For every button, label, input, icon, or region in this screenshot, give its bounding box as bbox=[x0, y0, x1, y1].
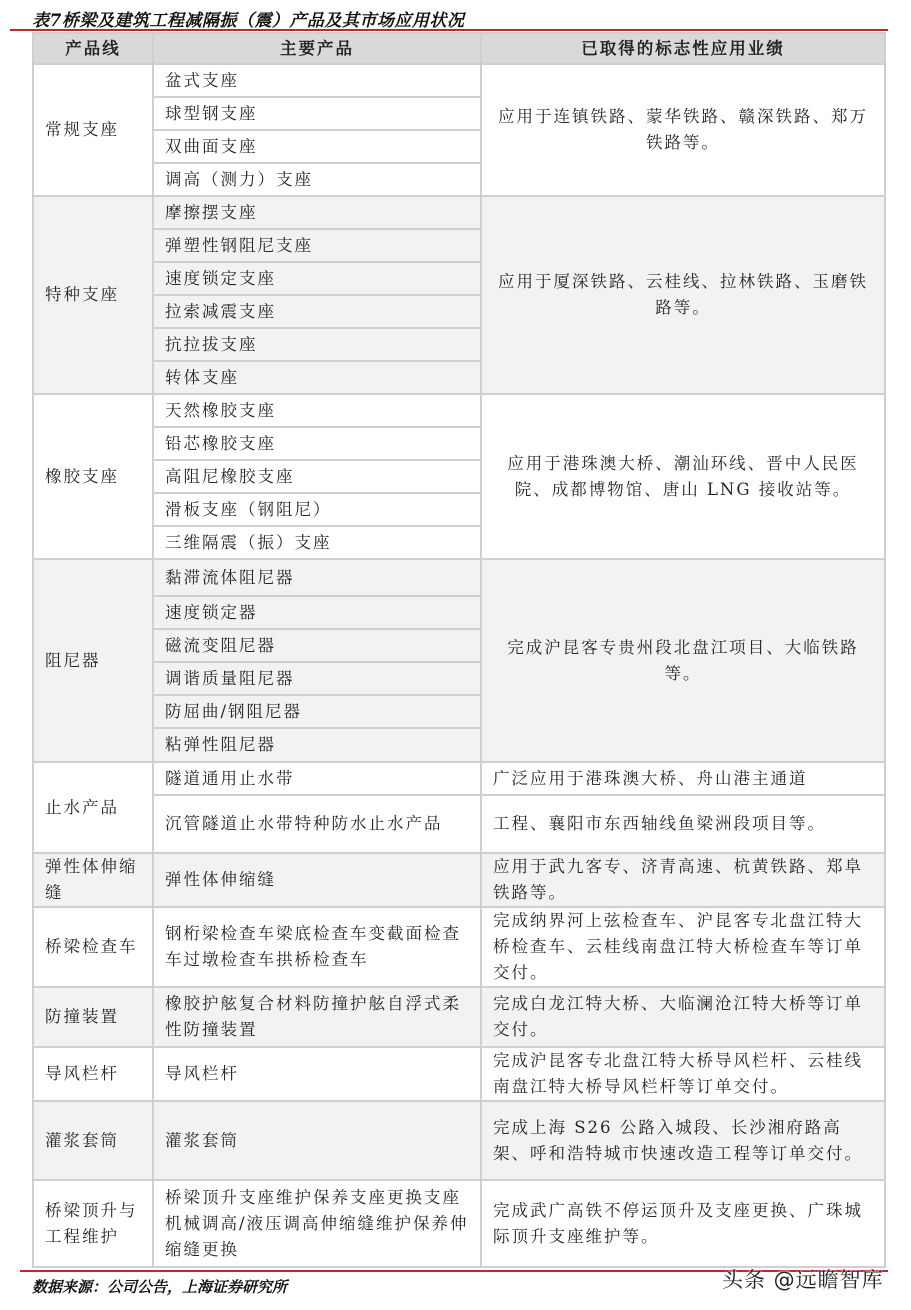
product-line-cell: 桥梁检查车 bbox=[33, 907, 153, 987]
product-cell: 橡胶护舷复合材料防撞护舷自浮式柔性防撞装置 bbox=[153, 987, 481, 1047]
product-cell: 桥梁顶升支座维护保养支座更换支座机械调高/液压调高伸缩缝维护保养伸缩缝更换 bbox=[153, 1180, 481, 1267]
title-divider bbox=[10, 29, 888, 31]
table-title: 表7桥梁及建筑工程减隔振（震）产品及其市场应用状况 bbox=[32, 6, 464, 31]
product-line-cell: 防撞装置 bbox=[33, 987, 153, 1047]
product-cell: 双曲面支座 bbox=[153, 130, 481, 163]
product-cell: 弹性体伸缩缝 bbox=[153, 853, 481, 907]
achievement-cell: 完成沪昆客专贵州段北盘江项目、大临铁路等。 bbox=[481, 559, 885, 762]
product-cell: 盆式支座 bbox=[153, 64, 481, 97]
table-row: 止水产品 隧道通用止水带 广泛应用于港珠澳大桥、舟山港主通道 bbox=[33, 762, 885, 795]
table-row: 阻尼器 黏滞流体阻尼器 完成沪昆客专贵州段北盘江项目、大临铁路等。 bbox=[33, 559, 885, 596]
achievement-cell: 应用于连镇铁路、蒙华铁路、赣深铁路、郑万铁路等。 bbox=[481, 64, 885, 196]
table-row: 导风栏杆 导风栏杆 完成沪昆客专北盘江特大桥导风栏杆、云桂线南盘江特大桥导风栏杆… bbox=[33, 1047, 885, 1101]
column-header-achievements: 已取得的标志性应用业绩 bbox=[481, 33, 885, 64]
product-cell: 粘弹性阻尼器 bbox=[153, 728, 481, 762]
achievement-cell: 完成沪昆客专北盘江特大桥导风栏杆、云桂线南盘江特大桥导风栏杆等订单交付。 bbox=[481, 1047, 885, 1101]
product-line-cell: 桥梁顶升与工程维护 bbox=[33, 1180, 153, 1267]
table-row: 沉管隧道止水带特种防水止水产品 工程、襄阳市东西轴线鱼梁洲段项目等。 bbox=[33, 795, 885, 853]
table-row: 灌浆套筒 灌浆套筒 完成上海 S26 公路入城段、长沙湘府路高架、呼和浩特城市快… bbox=[33, 1101, 885, 1180]
product-cell: 速度锁定器 bbox=[153, 596, 481, 629]
product-cell: 调高（测力）支座 bbox=[153, 163, 481, 196]
table-header-row: 产品线 主要产品 已取得的标志性应用业绩 bbox=[33, 33, 885, 64]
product-line-cell: 弹性体伸缩缝 bbox=[33, 853, 153, 907]
product-cell: 摩擦摆支座 bbox=[153, 196, 481, 229]
achievement-cell: 应用于厦深铁路、云桂线、拉林铁路、玉磨铁路等。 bbox=[481, 196, 885, 394]
product-cell: 三维隔震（振）支座 bbox=[153, 526, 481, 559]
product-cell: 弹塑性钢阻尼支座 bbox=[153, 229, 481, 262]
table-row: 桥梁顶升与工程维护 桥梁顶升支座维护保养支座更换支座机械调高/液压调高伸缩缝维护… bbox=[33, 1180, 885, 1267]
product-cell: 隧道通用止水带 bbox=[153, 762, 481, 795]
product-line-cell: 止水产品 bbox=[33, 762, 153, 853]
achievement-cell: 完成纳界河上弦检查车、沪昆客专北盘江特大桥检查车、云桂线南盘江特大桥检查车等订单… bbox=[481, 907, 885, 987]
column-header-main-products: 主要产品 bbox=[153, 33, 481, 64]
achievement-cell: 广泛应用于港珠澳大桥、舟山港主通道 bbox=[481, 762, 885, 795]
product-cell: 高阻尼橡胶支座 bbox=[153, 460, 481, 493]
achievement-cell: 完成白龙江特大桥、大临澜沧江特大桥等订单交付。 bbox=[481, 987, 885, 1047]
product-cell: 磁流变阻尼器 bbox=[153, 629, 481, 662]
product-cell: 拉索减震支座 bbox=[153, 295, 481, 328]
product-line-cell: 灌浆套筒 bbox=[33, 1101, 153, 1180]
product-cell: 天然橡胶支座 bbox=[153, 394, 481, 427]
product-cell: 防屈曲/钢阻尼器 bbox=[153, 695, 481, 728]
product-cell: 灌浆套筒 bbox=[153, 1101, 481, 1180]
product-cell: 沉管隧道止水带特种防水止水产品 bbox=[153, 795, 481, 853]
product-cell: 速度锁定支座 bbox=[153, 262, 481, 295]
table-row: 特种支座 摩擦摆支座 应用于厦深铁路、云桂线、拉林铁路、玉磨铁路等。 bbox=[33, 196, 885, 229]
watermark: 头条 @远瞻智库 bbox=[722, 1264, 884, 1294]
data-source-note: 数据来源：公司公告，上海证券研究所 bbox=[32, 1276, 287, 1297]
product-cell: 滑板支座（钢阻尼） bbox=[153, 493, 481, 526]
product-line-cell: 阻尼器 bbox=[33, 559, 153, 762]
table-row: 桥梁检查车 钢桁梁检查车梁底检查车变截面检查车过墩检查车拱桥检查车 完成纳界河上… bbox=[33, 907, 885, 987]
table-row: 弹性体伸缩缝 弹性体伸缩缝 应用于武九客专、济青高速、杭黄铁路、郑阜铁路等。 bbox=[33, 853, 885, 907]
achievement-cell: 完成上海 S26 公路入城段、长沙湘府路高架、呼和浩特城市快速改造工程等订单交付… bbox=[481, 1101, 885, 1180]
achievement-cell: 工程、襄阳市东西轴线鱼梁洲段项目等。 bbox=[481, 795, 885, 853]
product-table: 产品线 主要产品 已取得的标志性应用业绩 常规支座 盆式支座 应用于连镇铁路、蒙… bbox=[32, 32, 886, 1268]
table-row: 橡胶支座 天然橡胶支座 应用于港珠澳大桥、潮汕环线、晋中人民医院、成都博物馆、唐… bbox=[33, 394, 885, 427]
product-cell: 铅芯橡胶支座 bbox=[153, 427, 481, 460]
product-cell: 调谐质量阻尼器 bbox=[153, 662, 481, 695]
product-line-cell: 橡胶支座 bbox=[33, 394, 153, 559]
product-cell: 导风栏杆 bbox=[153, 1047, 481, 1101]
achievement-cell: 应用于武九客专、济青高速、杭黄铁路、郑阜铁路等。 bbox=[481, 853, 885, 907]
achievement-cell: 应用于港珠澳大桥、潮汕环线、晋中人民医院、成都博物馆、唐山 LNG 接收站等。 bbox=[481, 394, 885, 559]
product-line-cell: 常规支座 bbox=[33, 64, 153, 196]
product-cell: 转体支座 bbox=[153, 361, 481, 394]
table-row: 防撞装置 橡胶护舷复合材料防撞护舷自浮式柔性防撞装置 完成白龙江特大桥、大临澜沧… bbox=[33, 987, 885, 1047]
column-header-product-line: 产品线 bbox=[33, 33, 153, 64]
achievement-cell: 完成武广高铁不停运顶升及支座更换、广珠城际顶升支座维护等。 bbox=[481, 1180, 885, 1267]
product-line-cell: 导风栏杆 bbox=[33, 1047, 153, 1101]
product-cell: 球型钢支座 bbox=[153, 97, 481, 130]
table-row: 常规支座 盆式支座 应用于连镇铁路、蒙华铁路、赣深铁路、郑万铁路等。 bbox=[33, 64, 885, 97]
product-line-cell: 特种支座 bbox=[33, 196, 153, 394]
product-cell: 抗拉拔支座 bbox=[153, 328, 481, 361]
product-cell: 黏滞流体阻尼器 bbox=[153, 559, 481, 596]
product-cell: 钢桁梁检查车梁底检查车变截面检查车过墩检查车拱桥检查车 bbox=[153, 907, 481, 987]
